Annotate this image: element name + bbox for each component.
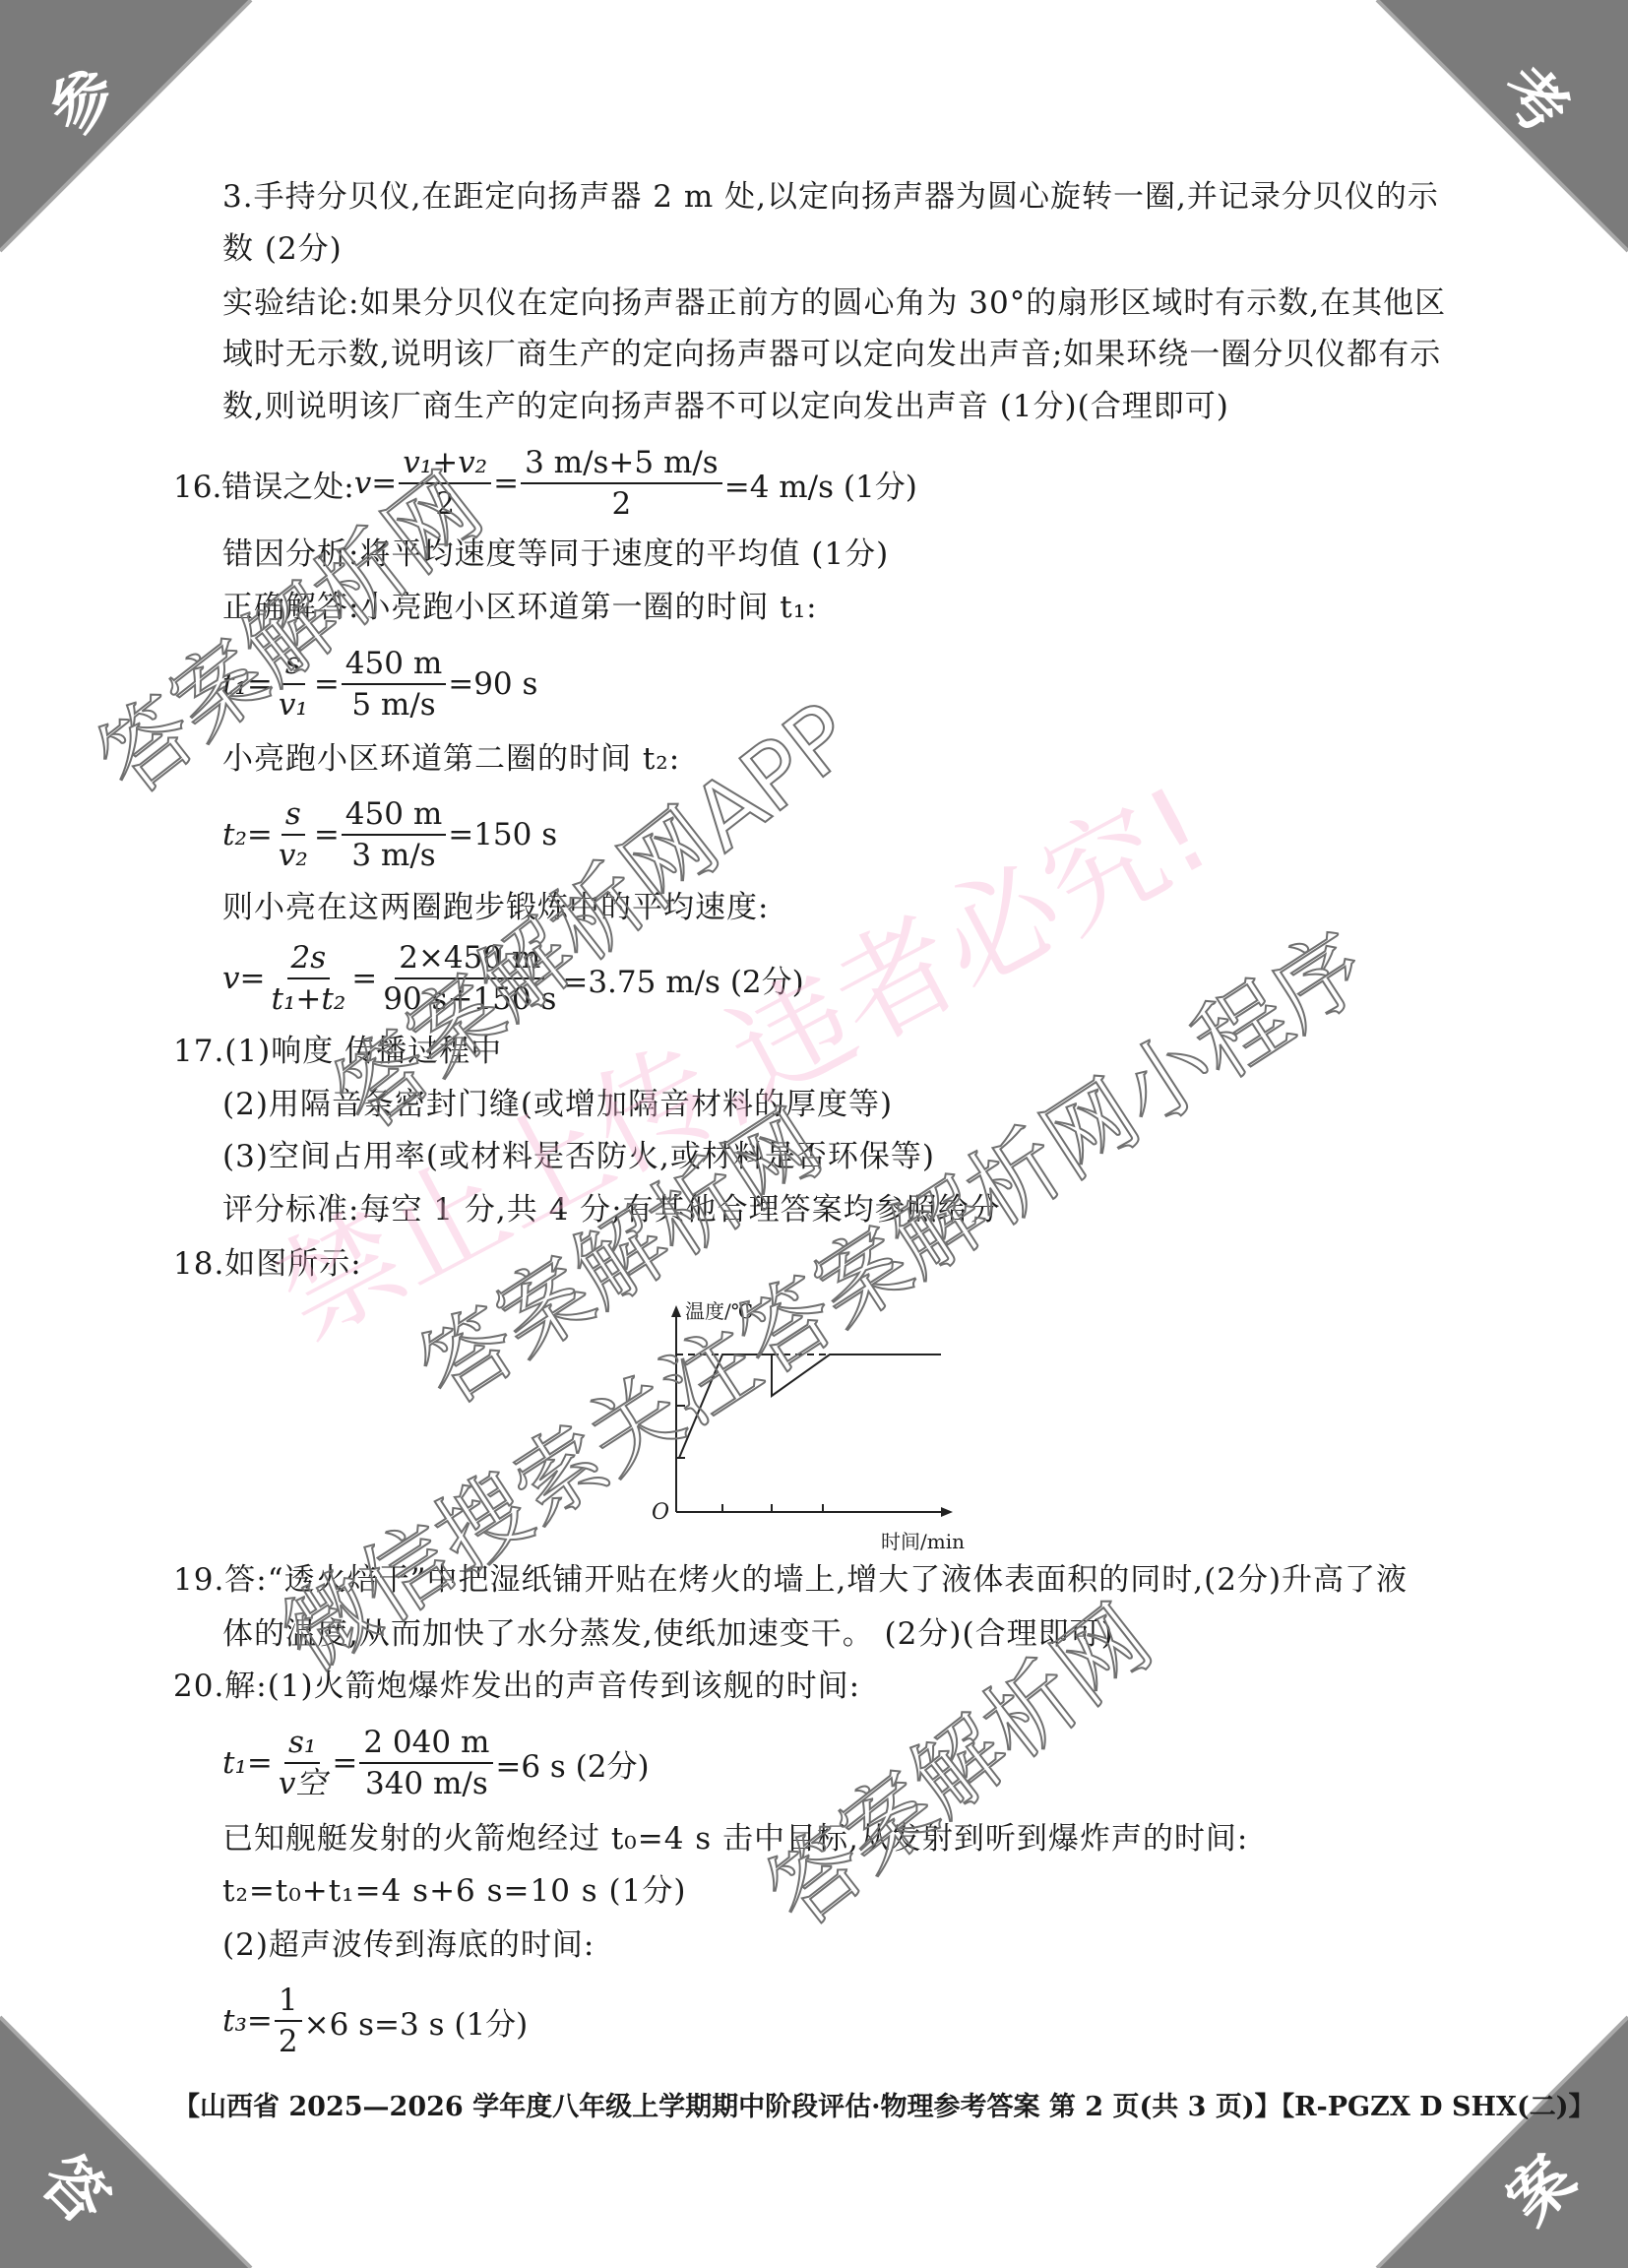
corner-triangle-bottom-right	[1372, 2012, 1628, 2268]
q19-line1: 19.答:“透火焙干”中把湿纸铺开贴在烤火的墙上,增大了液体表面积的同时,(2分…	[173, 1560, 1408, 1600]
fraction: v₁+v₂2	[399, 445, 491, 522]
q20-t3-formula: t₃= 12 ×6 s=3 s (1分)	[222, 1983, 528, 2059]
q15-step3-line2: 数 (2分)	[222, 229, 343, 269]
graph-ylabel: 温度/℃	[685, 1295, 753, 1324]
q16-avg-intro: 则小亮在这两圈跑步锻炼中的平均速度:	[222, 888, 769, 927]
q16-label: 16.错误之处:	[173, 462, 354, 506]
q17-line1: 17.(1)响度 传播过程中	[173, 1032, 502, 1071]
corner-triangle-top-left	[0, 0, 256, 256]
q20-t1-formula: t₁= s₁v空 = 2 040 m340 m/s =6 s (2分)	[222, 1725, 650, 1801]
q20-line4: (2)超声波传到海底的时间:	[222, 1925, 595, 1965]
q16-t1-formula: t₁= sv₁ = 450 m5 m/s =90 s	[222, 646, 537, 723]
q16-reason: 错因分析:将平均速度等同于速度的平均值 (1分)	[222, 535, 889, 574]
graph-origin: O	[652, 1500, 669, 1525]
corner-triangle-bottom-left	[0, 2012, 256, 2268]
q16-second-intro: 小亮跑小区环道第二圈的时间 t₂:	[222, 739, 680, 779]
q17-line4: 评分标准:每空 1 分,共 4 分;有其他合理答案均参照给分	[222, 1190, 1001, 1229]
q18-label: 18.如图所示:	[173, 1244, 362, 1284]
page-footer: 【山西省 2025—2026 学年度八年级上学期期中阶段评估·物理参考答案 第 …	[173, 2085, 1596, 2123]
q19-line2: 体的温度,从而加快了水分蒸发,使纸加速变干。 (2分)(合理即可)	[222, 1614, 1114, 1654]
q17-line3: (3)空间占用率(或材料是否防火,或材料是否环保等)	[222, 1137, 935, 1176]
q15-step3-line1: 3.手持分贝仪,在距定向扬声器 2 m 处,以定向扬声器为圆心旋转一圈,并记录分…	[222, 177, 1439, 217]
q16-error-formula: 16.错误之处: v= v₁+v₂2 = 3 m/s+5 m/s2 =4 m/s…	[173, 445, 917, 522]
q15-conclusion-line2: 域时无示数,说明该厂商生产的定向扬声器可以定向发出声音;如果环绕一圈分贝仪都有示	[222, 335, 1441, 374]
graph-xlabel: 时间/min	[881, 1526, 965, 1554]
q16-t2-formula: t₂= sv₂ = 450 m3 m/s =150 s	[222, 796, 557, 873]
corner-triangle-top-right	[1372, 0, 1628, 256]
q15-conclusion-line3: 数,则说明该厂商生产的定向扬声器不可以定向发出声音 (1分)(合理即可)	[222, 387, 1229, 426]
q16-avg-formula: v= 2st₁+t₂ = 2×450 m90 s+150 s =3.75 m/s…	[222, 940, 804, 1017]
fraction: 3 m/s+5 m/s2	[521, 445, 722, 522]
temperature-time-graph: 温度/℃ O 时间/min	[630, 1290, 1024, 1555]
q20-line2: 已知舰艇发射的火箭炮经过 t₀=4 s 击中目标,从发射到听到爆炸声的时间:	[222, 1819, 1248, 1858]
q15-conclusion-line1: 实验结论:如果分贝仪在定向扬声器正前方的圆心角为 30°的扇形区域时有示数,在其…	[222, 283, 1446, 323]
q20-line3: t₂=t₀+t₁=4 s+6 s=10 s (1分)	[222, 1871, 686, 1911]
q20-line1: 20.解:(1)火箭炮爆炸发出的声音传到该舰的时间:	[173, 1667, 860, 1706]
q16-correct-intro: 正确解答:小亮跑小区环道第一圈的时间 t₁:	[222, 588, 818, 627]
q17-line2: (2)用隔音条密封门缝(或增加隔音材料的厚度等)	[222, 1085, 893, 1124]
